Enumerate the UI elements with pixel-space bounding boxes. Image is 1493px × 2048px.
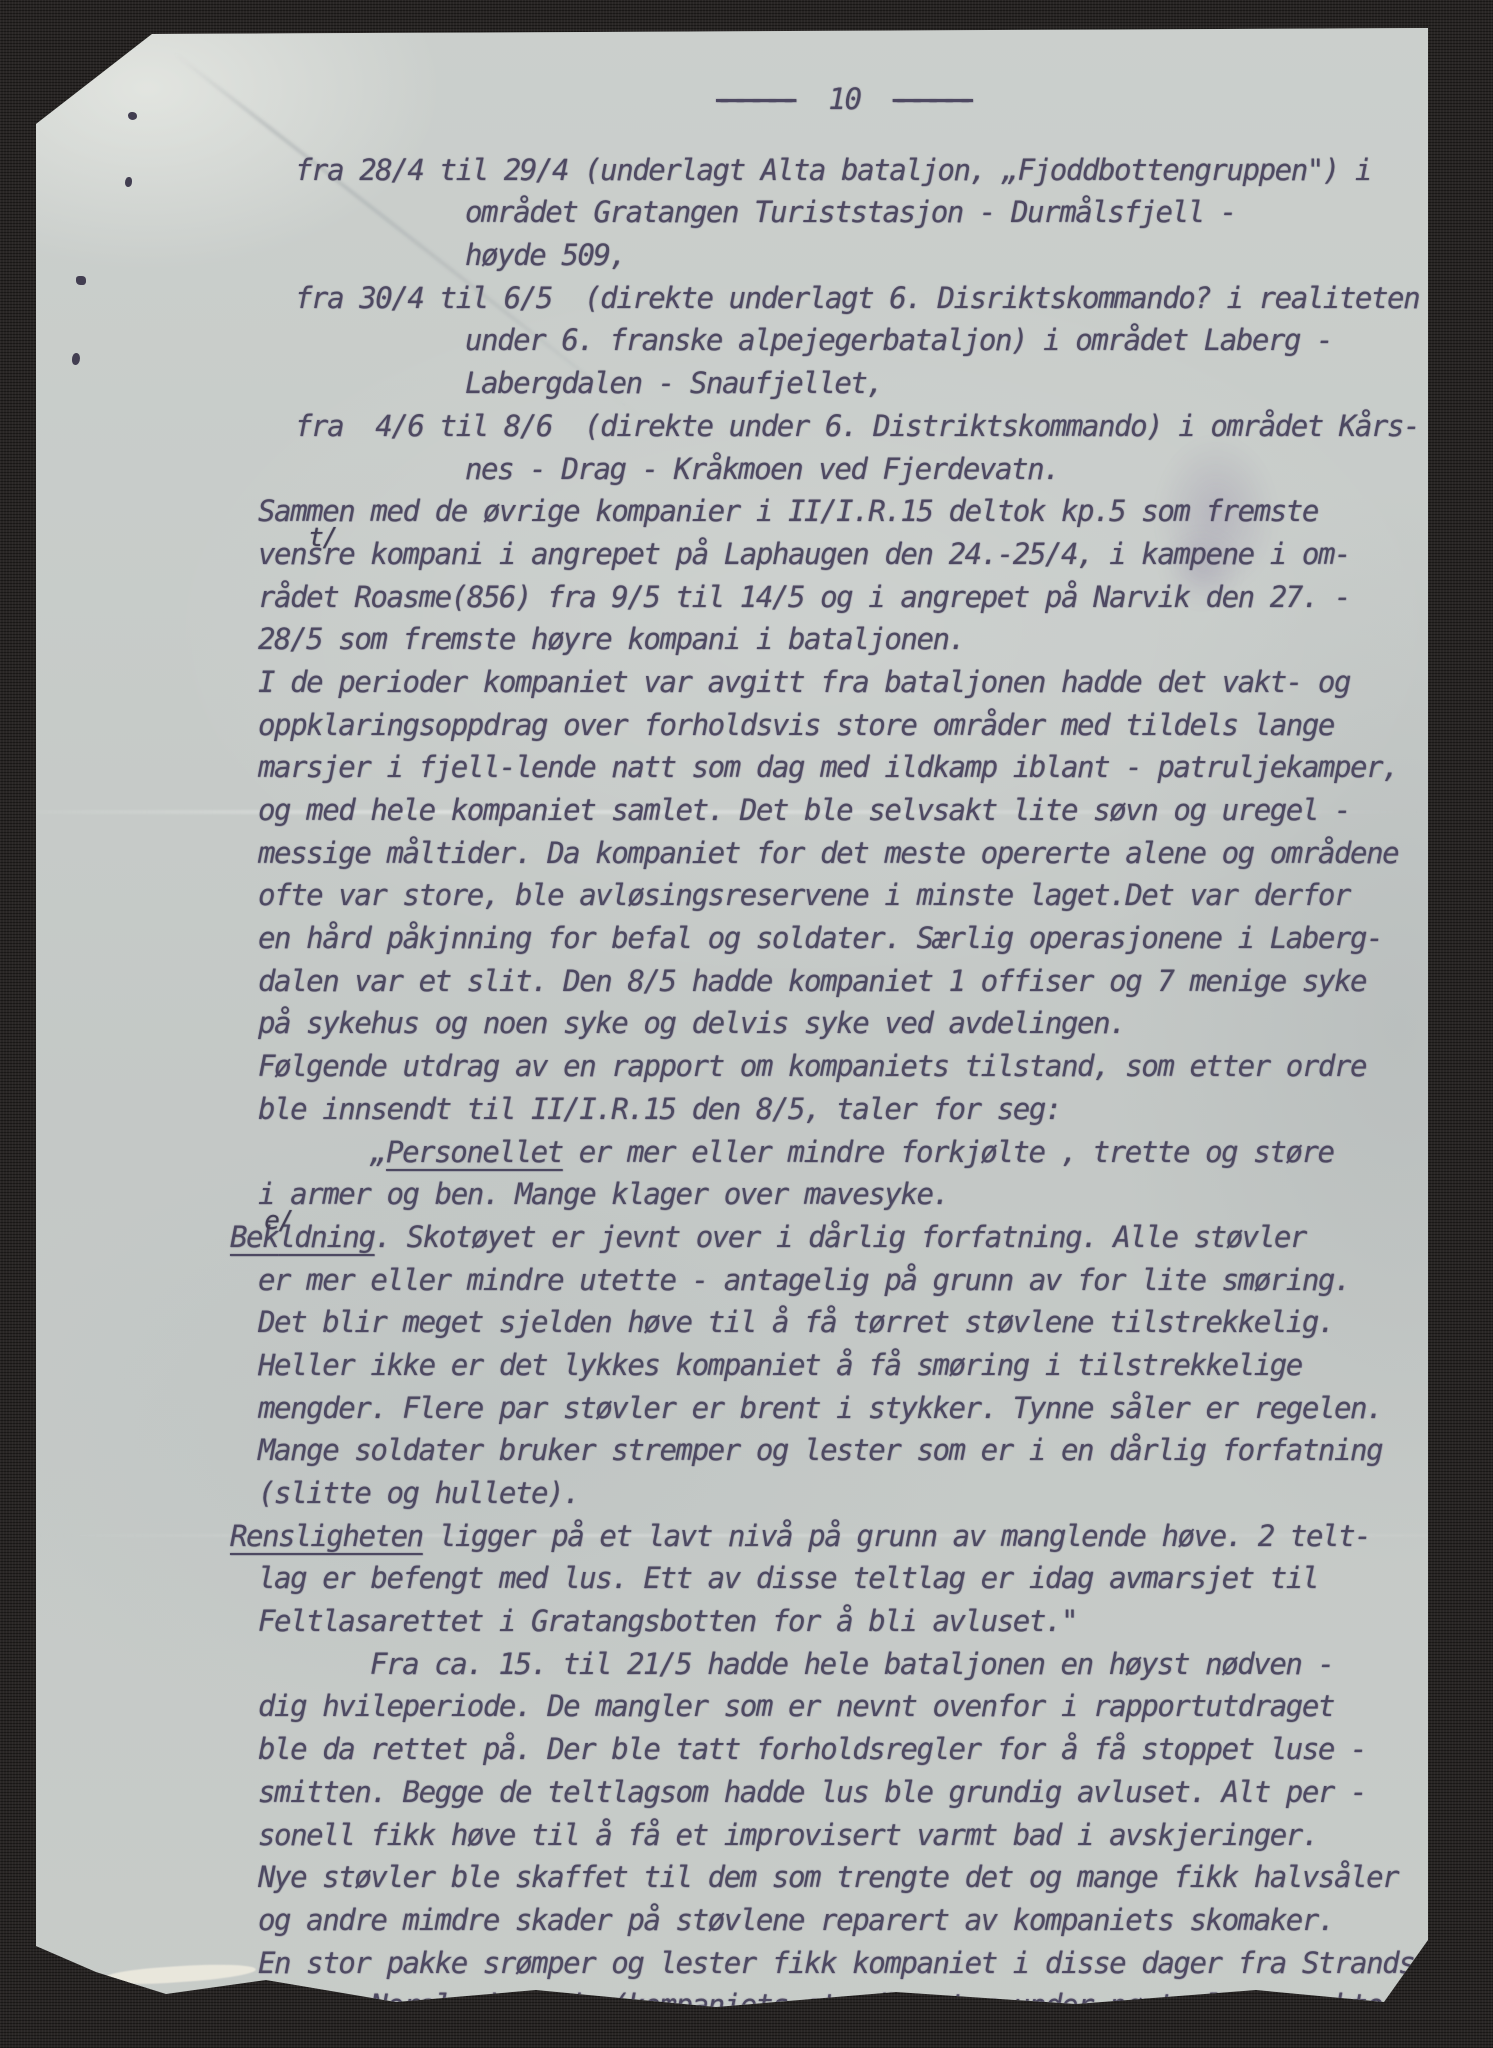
text-segment: Mange soldater bruker stremper og lester… bbox=[258, 1433, 1382, 1467]
text-segment: i armer og ben. Mange klager over mavesy… bbox=[258, 1177, 949, 1211]
text-line: fra 4/6 til 8/6 (direkte under 6. Distri… bbox=[295, 405, 1428, 448]
text-segment: under 6. franske alpejegerbataljon) i om… bbox=[465, 323, 1332, 357]
text-line: Rensligheten ligger på et lavt nivå på g… bbox=[230, 1515, 1428, 1558]
text-line: (slitte og hullete). bbox=[258, 1472, 1428, 1515]
text-segment: fra 28/4 til 29/4 (underlagt Alta batalj… bbox=[295, 153, 1371, 187]
text-line: ofte var store, ble avløsingsreservene i… bbox=[258, 874, 1428, 917]
text-segment: Nye støvler ble skaffet til dem som tren… bbox=[258, 1860, 1398, 1894]
text-segment: Følgende utdrag av en rapport om kompani… bbox=[258, 1049, 1366, 1083]
text-segment: 28/5 som fremste høyre kompani i bataljo… bbox=[258, 622, 965, 656]
text-line: og andre mimdre skader på støvlene repar… bbox=[258, 1899, 1428, 1942]
text-segment: og andre mimdre skader på støvlene repar… bbox=[258, 1903, 1334, 1937]
page-number-header: ----- 10 ----- bbox=[716, 78, 1428, 121]
text-line: i armer og ben. Mange klager over mavesy… bbox=[258, 1173, 1428, 1216]
text-segment: . Skotøyet er jevnt over i dårlig forfat… bbox=[375, 1220, 1306, 1254]
text-segment: dalen var et slit. Den 8/5 hadde kompani… bbox=[258, 964, 1366, 998]
text-line: Følgende utdrag av en rapport om kompani… bbox=[258, 1045, 1428, 1088]
text-line: ble innsendt til II/I.R.15 den 8/5, tale… bbox=[258, 1088, 1428, 1131]
ink-speck-3 bbox=[76, 276, 86, 285]
text-line: smitten. Begge de teltlagsom hadde lus b… bbox=[258, 1771, 1428, 1814]
text-line: 28/5 som fremste høyre kompani i bataljo… bbox=[258, 618, 1428, 661]
text-segment: ligger på et lavt nivå på grunn av mangl… bbox=[423, 1519, 1371, 1553]
text-line: Nye støvler ble skaffet til dem som tren… bbox=[258, 1856, 1428, 1899]
text-line: under 6. franske alpejegerbataljon) i om… bbox=[465, 319, 1428, 362]
text-segment: Rensligheten bbox=[230, 1519, 423, 1553]
text-segment: er mer eller mindre forkjølte , trette o… bbox=[563, 1135, 1334, 1169]
text-line: dalen var et slit. Den 8/5 hadde kompani… bbox=[258, 960, 1428, 1003]
text-line: Feltlasarettet i Gratangsbotten for å bl… bbox=[258, 1600, 1428, 1643]
text-segment: fra 4/6 til 8/6 (direkte under 6. Distri… bbox=[295, 409, 1419, 443]
text-line: nes - Drag - Kråkmoen ved Fjerdevatn. bbox=[465, 448, 1428, 491]
text-segment: Personellet bbox=[386, 1135, 563, 1169]
text-line: Labergdalen - Snaufjellet, bbox=[465, 362, 1428, 405]
text-line: en hård påkjnning for befal og soldater.… bbox=[258, 917, 1428, 960]
text-segment: oppklaringsoppdrag over forholdsvis stor… bbox=[258, 708, 1334, 742]
text-segment: høyde 509, bbox=[465, 238, 626, 272]
text-segment: (slitte og hullete). bbox=[258, 1476, 579, 1510]
text-segment: sonell fikk høve til å få et improvisert… bbox=[258, 1818, 1318, 1852]
text-segment: ble innsendt til II/I.R.15 den 8/5, tale… bbox=[258, 1092, 1061, 1126]
text-line: mengder. Flere par støvler er brent i st… bbox=[258, 1387, 1428, 1430]
text-segment: messige måltider. Da kompaniet for det m… bbox=[258, 836, 1398, 870]
text-segment: „ bbox=[370, 1135, 386, 1169]
text-segment: Heller ikke er det lykkes kompaniet å få… bbox=[258, 1348, 1302, 1382]
text-segment: smitten. Begge de teltlagsom hadde lus b… bbox=[258, 1775, 1366, 1809]
text-segment: ofte var store, ble avløsingsreservene i… bbox=[258, 878, 1350, 912]
text-line: Beke/ldning. Skotøyet er jevnt over i då… bbox=[230, 1216, 1428, 1259]
text-line: Fra ca. 15. til 21/5 hadde hele bataljon… bbox=[370, 1643, 1428, 1686]
text-line: messige måltider. Da kompaniet for det m… bbox=[258, 832, 1428, 875]
text-segment: Labergdalen - Snaufjellet, bbox=[465, 366, 883, 400]
text-segment: en hård påkjnning for befal og soldater.… bbox=[258, 921, 1382, 955]
text-segment: ble da rettet på. Der ble tatt forholdsr… bbox=[258, 1732, 1366, 1766]
text-segment: dig hvileperiode. De mangler som er nevn… bbox=[258, 1689, 1334, 1723]
text-segment: Feltlasarettet i Gratangsbotten for å bl… bbox=[258, 1604, 1077, 1638]
text-segment: 10 bbox=[796, 82, 892, 116]
text-line: dig hvileperiode. De mangler som er nevn… bbox=[258, 1685, 1428, 1728]
text-segment: En stor pakke srømper og lester fikk kom… bbox=[258, 1946, 1414, 1980]
text-segment: ----- bbox=[716, 82, 796, 116]
text-line: sonell fikk høve til å få et improvisert… bbox=[258, 1814, 1428, 1857]
text-segment: og med hele kompaniet samlet. Det ble se… bbox=[258, 793, 1350, 827]
text-line: oppklaringsoppdrag over forholdsvis stor… bbox=[258, 704, 1428, 747]
text-line: fra 28/4 til 29/4 (underlagt Alta batalj… bbox=[295, 149, 1428, 192]
text-segment: lag er befengt med lus. Ett av disse tel… bbox=[258, 1561, 1318, 1595]
ink-speck-2 bbox=[125, 177, 132, 187]
document-page: ----- 10 -----fra 28/4 til 29/4 (underla… bbox=[36, 28, 1428, 2026]
text-line: på sykehus og noen syke og delvis syke v… bbox=[258, 1002, 1428, 1045]
text-segment: er mer eller mindre utette - antagelig p… bbox=[258, 1263, 1350, 1297]
text-segment: re kompani i angrepet på Laphaugen den 2… bbox=[322, 537, 1350, 571]
text-segment: på sykehus og noen syke og delvis syke v… bbox=[258, 1006, 1125, 1040]
text-segment: nes - Drag - Kråkmoen ved Fjerdevatn. bbox=[465, 452, 1059, 486]
ink-speck-1 bbox=[128, 112, 137, 120]
text-segment: området Gratangen Turiststasjon - Durmål… bbox=[465, 195, 1236, 229]
text-segment: I de perioder kompaniet var avgitt fra b… bbox=[258, 665, 1350, 699]
text-segment: marsjer i fjell-lende natt som dag med i… bbox=[258, 750, 1398, 784]
text-line: høyde 509, bbox=[465, 234, 1428, 277]
text-segment: Det blir meget sjelden høve til å få tør… bbox=[258, 1305, 1334, 1339]
text-line: „Personellet er mer eller mindre forkjøl… bbox=[370, 1131, 1428, 1174]
typed-text: ----- 10 -----fra 28/4 til 29/4 (underla… bbox=[258, 78, 1428, 2027]
text-line: lag er befengt med lus. Ett av disse tel… bbox=[258, 1557, 1428, 1600]
text-segment: fra 30/4 til 6/5 (direkte underlagt 6. D… bbox=[295, 281, 1419, 315]
text-line: ble da rettet på. Der ble tatt forholdsr… bbox=[258, 1728, 1428, 1771]
text-line: venst/re kompani i angrepet på Laphaugen… bbox=[258, 533, 1428, 576]
text-segment: Sammen med de øvrige kompanier i II/I.R.… bbox=[258, 494, 1318, 528]
text-line: området Gratangen Turiststasjon - Durmål… bbox=[465, 191, 1428, 234]
text-line: Sammen med de øvrige kompanier i II/I.R.… bbox=[258, 490, 1428, 533]
text-line: Det blir meget sjelden høve til å få tør… bbox=[258, 1301, 1428, 1344]
text-segment: ----- bbox=[893, 82, 973, 116]
text-line: En stor pakke srømper og lester fikk kom… bbox=[258, 1942, 1428, 1985]
text-segment: rådet Roasme(856) fra 9/5 til 14/5 og i … bbox=[258, 580, 1350, 614]
text-line: I de perioder kompaniet var avgitt fra b… bbox=[258, 661, 1428, 704]
text-line: Mange soldater bruker stremper og lester… bbox=[258, 1429, 1428, 1472]
text-line: er mer eller mindre utette - antagelig p… bbox=[258, 1259, 1428, 1302]
ink-speck-4 bbox=[72, 353, 80, 365]
text-segment: Fra ca. 15. til 21/5 hadde hele bataljon… bbox=[370, 1647, 1334, 1681]
text-line: marsjer i fjell-lende natt som dag med i… bbox=[258, 746, 1428, 789]
text-segment: mengder. Flere par støvler er brent i st… bbox=[258, 1391, 1382, 1425]
text-line: rådet Roasme(856) fra 9/5 til 14/5 og i … bbox=[258, 576, 1428, 619]
text-line: Heller ikke er det lykkes kompaniet å få… bbox=[258, 1344, 1428, 1387]
text-line: og med hele kompaniet samlet. Det ble se… bbox=[258, 789, 1428, 832]
text-line: fra 30/4 til 6/5 (direkte underlagt 6. D… bbox=[295, 277, 1428, 320]
